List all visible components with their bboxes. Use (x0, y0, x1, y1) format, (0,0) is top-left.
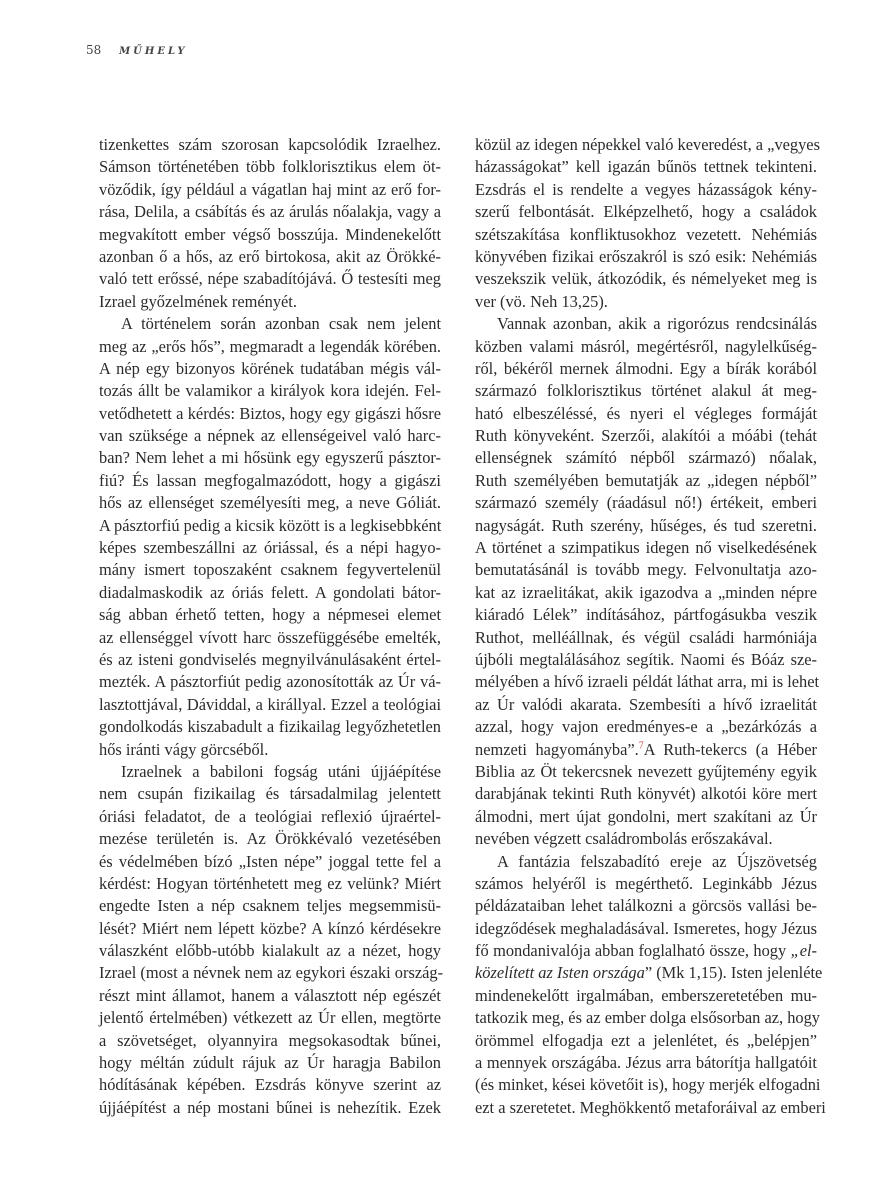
text-line: engedte Isten a nép csaknem teljes megse… (99, 895, 441, 917)
text-line: fiú? És lassan megfogalmazódott, hogy a … (99, 470, 441, 492)
text-line: és védelmében bízó „Isten népe” joggal t… (99, 851, 441, 873)
text-line: származó személy (ráadásul nő!) értékeit… (475, 492, 817, 514)
text-line: mány ismert toposzaként csaknem fegyvert… (99, 559, 441, 581)
text-line: ban? Nem lehet a mi hősünk egy egyszerű … (99, 447, 441, 469)
italic-quote: közelített az Isten országa (475, 963, 645, 982)
text-line: könyvében fizikai erőszakról is szó esik… (475, 246, 817, 268)
text-line: Izrael győzelmének reményét. (99, 291, 441, 313)
footnote-marker[interactable]: 7 (639, 740, 644, 751)
text-line: örömmel elfogadja ezt a jelenlétet, és „… (475, 1030, 817, 1052)
text-line: van szüksége a népnek az ellenségeivel v… (99, 425, 441, 447)
text-line: ver (vö. Neh 13,25). (475, 291, 817, 313)
text-line: házasságokat” kell igazán bűnös tettnek … (475, 156, 817, 178)
text-line: idegződések meghaladásával. Ismeretes, h… (475, 918, 817, 940)
text-line: részt mint államot, hanem a választott n… (99, 985, 441, 1007)
text-line: válaszként előbb-utóbb kialakult az a né… (99, 940, 441, 962)
text-line: Izraelnek a babiloni fogság utáni újjáép… (99, 761, 441, 783)
text-line: Ezsdrás el is rendelte a vegyes házasság… (475, 179, 817, 201)
text-line: nagyságát. Ruth szerény, hűséges, és tud… (475, 515, 817, 537)
text-line: rása, Delila, a csábítás és az árulás nő… (99, 201, 441, 223)
text-line: hódításának képében. Ezsdrás könyve szer… (99, 1074, 441, 1096)
text-line: Vannak azonban, akik a rigorózus rendcsi… (475, 313, 817, 335)
text-line: bemutatásánál is tovább megy. Felvonulta… (475, 559, 817, 581)
section-title: MŰHELY (119, 46, 187, 57)
text-line: Izrael (most a névnek nem az egykori ész… (99, 962, 441, 984)
text-line: az Úr valódi akarata. Szembesíti a hívő … (475, 694, 817, 716)
text-line: A történet a szimpatikus idegen nő visel… (475, 537, 817, 559)
text-line: (és minket, kései követőit is), hogy mer… (475, 1074, 817, 1096)
text-line: közül az idegen népekkel való keveredést… (475, 134, 817, 156)
text-line: A történelem során azonban csak nem jele… (99, 313, 441, 335)
text-line: hős iránti vágy görcséből. (99, 739, 441, 761)
text-line: vetődhetett a kérdés: Biztos, hogy egy g… (99, 403, 441, 425)
text-line: és az isteni gondviselés megnyilvánulása… (99, 649, 441, 671)
text-line: lését? Miért nem lépett közbe? A kínzó k… (99, 918, 441, 940)
page-number: 58 (86, 43, 101, 57)
left-column: tizenkettes szám szorosan kapcsolódik Iz… (99, 134, 441, 1119)
italic-quote: „el- (791, 941, 817, 960)
text-line: kérdést: Hogyan történhetett meg ez velü… (99, 873, 441, 895)
text-line: képes szembeszállni az óriással, és a né… (99, 537, 441, 559)
text-line: ellenségnek számító népből származó) nőa… (475, 447, 817, 469)
text-line: számos helyéről is megérthető. Leginkább… (475, 873, 817, 895)
text-line: mélyében a hívő izraeli példát láthat ar… (475, 671, 817, 693)
text-line: hogy méltán zúdult rájuk az Úr haragja B… (99, 1052, 441, 1074)
right-column: közül az idegen népekkel való keveredést… (475, 134, 817, 1119)
text-line: kat az izraelitákat, akik igazodva a „mi… (475, 582, 817, 604)
text-line: közelített az Isten országa” (Mk 1,15). … (475, 962, 817, 984)
text-line: hős az ellenséget személyesíti meg, a ne… (99, 492, 441, 514)
text-line: tozás állt be valamikor a királyok kora … (99, 380, 441, 402)
text-line: darabjának tekinti Ruth könyvét) alkotói… (475, 783, 817, 805)
text-line: tatkozik meg, és az ember dolga elsősorb… (475, 1007, 817, 1029)
text-line: a mennyek országába. Jézus arra bátorítj… (475, 1052, 817, 1074)
text-line: megvakított ember végső bosszúja. Minden… (99, 224, 441, 246)
text-line: ről, békéről mernek álmodni. Egy a bírák… (475, 358, 817, 380)
text-line: veszekszik velük, átkozódik, és némelyek… (475, 268, 817, 290)
text-line: Ruth könyveként. Szerzői, alakítói a móá… (475, 425, 817, 447)
text-line: újbóli megtalálásához segítik. Naomi és … (475, 649, 817, 671)
text-line: ezt a szeretetet. Meghökkentő metaforáiv… (475, 1097, 817, 1119)
text-line: mindenekelőtt irgalmában, emberszereteté… (475, 985, 817, 1007)
text-line: való tett erőssé, népe szabadítójává. Ő … (99, 268, 441, 290)
text-line: szétszakítása konfliktusokhoz vezetett. … (475, 224, 817, 246)
text-line: ható elbeszéléssé, és nyeri el végleges … (475, 403, 817, 425)
text-line: nem csupán fizikailag és társadalmilag j… (99, 783, 441, 805)
text-line: azonban ő a hős, az erő birtokosa, akit … (99, 246, 441, 268)
text-line: óriási feladatot, de a teológiai reflexi… (99, 806, 441, 828)
running-head: 58 MŰHELY (86, 43, 188, 57)
text-line: kiáradó Lélek” indításához, pártfogásukb… (475, 604, 817, 626)
text-line: a szövetséget, olyannyira megsokasodtak … (99, 1030, 441, 1052)
text-line: álmodni, mert újat gondolni, mert szakít… (475, 806, 817, 828)
text-line: ság abban érhető tetten, hogy a népmesei… (99, 604, 441, 626)
text-line: Biblia az Öt tekercsnek nevezett gyűjtem… (475, 761, 817, 783)
text-line: az ellenséggel vívott harc összefüggéséb… (99, 627, 441, 649)
text-line: A pásztorfiú pedig a kicsik között is a … (99, 515, 441, 537)
text-line: gondolkodás kiszabadult a fizikailag leg… (99, 716, 441, 738)
text-line: közben valami másról, megértésről, nagyl… (475, 336, 817, 358)
text-line: szerű felbontását. Elképzelhető, hogy a … (475, 201, 817, 223)
text-line: fő mondanivalója abban foglalható össze,… (475, 940, 817, 962)
text-line: Ruth személyében bemutatják az „idegen n… (475, 470, 817, 492)
text-line: nevében végzett családrombolás erőszakáv… (475, 828, 817, 850)
text-line: mezték. A pásztorfiút pedig azonosítottá… (99, 671, 441, 693)
text-line: tizenkettes szám szorosan kapcsolódik Iz… (99, 134, 441, 156)
text-line: mezése területén is. Az Örökkévaló vezet… (99, 828, 441, 850)
text-line: nemzeti hagyományba”.7A Ruth-tekercs (a … (475, 739, 817, 761)
text-line: példázataiban lehet találkozni a görcsös… (475, 895, 817, 917)
text-line: jelentő értelmében) vétkezett az Úr elle… (99, 1007, 441, 1029)
text-line: meg az „erős hős”, megmaradt a legendák … (99, 336, 441, 358)
text-line: vöződik, így például a vágatlan haj mint… (99, 179, 441, 201)
text-line: Ruthot, melléállnak, és végül családi ha… (475, 627, 817, 649)
text-line: Sámson történetében több folklorisztikus… (99, 156, 441, 178)
text-line: újjáépítést a nép mostani bűnei is nehez… (99, 1097, 441, 1119)
text-line: A nép egy bizonyos körének tudatában még… (99, 358, 441, 380)
text-line: A fantázia felszabadító ereje az Újszöve… (475, 851, 817, 873)
text-line: lasztottjával, Dáviddal, a királlyal. Ez… (99, 694, 441, 716)
text-line: diadalmaskodik az óriás felett. A gondol… (99, 582, 441, 604)
text-line: azzal, hogy vajon eredményes-e a „bezárk… (475, 716, 817, 738)
text-line: származó folklorisztikus történet alakul… (475, 380, 817, 402)
